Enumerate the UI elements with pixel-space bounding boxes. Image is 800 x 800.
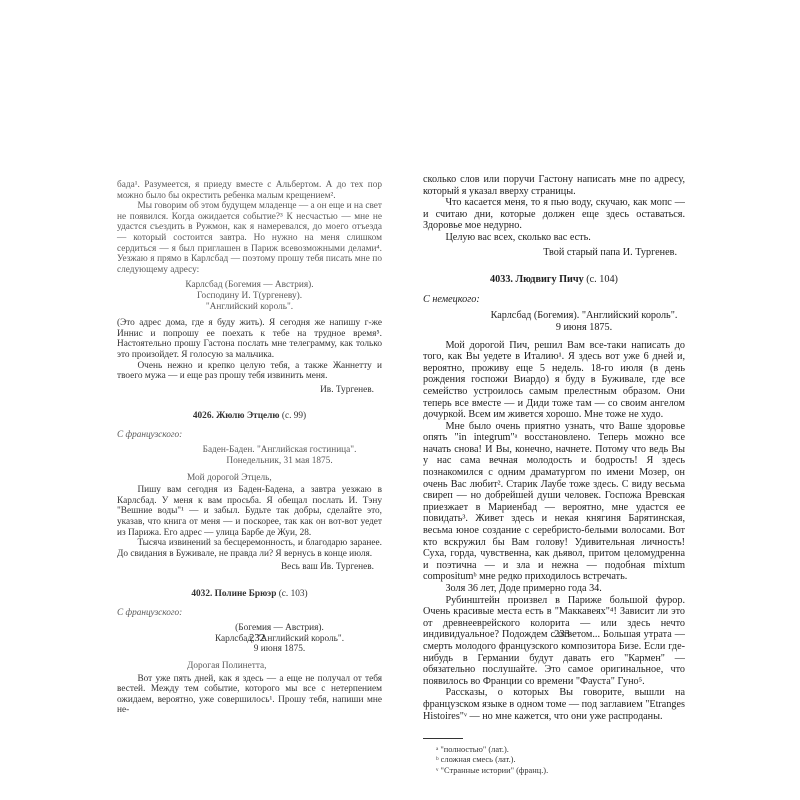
paragraph: Что касается меня, то я пью воду, скучаю… — [423, 197, 685, 232]
translated-from: С немецкого: — [423, 294, 685, 306]
salutation: Дорогая Полинетта, — [117, 661, 382, 672]
book-spread: бада¹. Разумеется, я приеду вместе с Аль… — [0, 0, 800, 800]
page-number-left: 232 — [237, 633, 277, 644]
page-number-right: 233 — [542, 629, 582, 640]
date-line: Понедельник, 31 мая 1875. — [177, 456, 382, 467]
place-line: Карлсбад, "Английский король". — [177, 634, 382, 645]
address-line: Карлсбад (Богемия — Австрия). — [117, 280, 382, 291]
translated-from: С французского: — [117, 430, 382, 441]
paragraph: бада¹. Разумеется, я приеду вместе с Аль… — [117, 180, 382, 201]
date-line: 9 июня 1875. — [177, 644, 382, 655]
paragraph: Вот уже пять дней, как я здесь — а еще н… — [117, 674, 382, 716]
letter-title: 4032. Полине Брюэр — [191, 589, 276, 599]
footnotes: ᵃ "полностью" (лат.). ᵇ сложная смесь (л… — [423, 745, 685, 776]
place-line: (Богемия — Австрия). — [177, 623, 382, 634]
paragraph: Мой дорогой Пич, решил Вам все-таки напи… — [423, 340, 685, 421]
paragraph: Тысяча извинений за бесцеремонность, и б… — [117, 538, 382, 559]
place-date: Карлсбад (Богемия). "Английский король".… — [423, 310, 685, 333]
signature: Весь ваш Ив. Тургенев. — [117, 562, 374, 573]
footnote: ᵃ "полностью" (лат.). — [436, 745, 685, 755]
paragraph: Мне было очень приятно узнать, что Ваше … — [423, 421, 685, 583]
paragraph: Целую вас всех, сколько вас есть. — [423, 232, 685, 244]
address-line: Господину И. Т(ургеневу). — [117, 291, 382, 302]
address-line: "Английский король". — [117, 302, 382, 313]
translated-from: С французского: — [117, 608, 382, 619]
place-line: Карлсбад (Богемия). "Английский король". — [483, 310, 685, 322]
paragraph: Пишу вам сегодня из Баден-Бадена, а завт… — [117, 485, 382, 538]
paragraph: Рубинштейн произвел в Париже большой фур… — [423, 595, 685, 688]
signature: Твой старый папа И. Тургенев. — [423, 247, 677, 259]
letter-heading: 4026. Жюлю Этцелю (с. 99) — [117, 411, 382, 422]
paragraph: Мы говорим об этом будущем младенце — а … — [117, 201, 382, 275]
paragraph: Золя 36 лет, Доде примерно года 34. — [423, 583, 685, 595]
page-reference: (с. 104) — [586, 274, 618, 285]
paragraph: сколько слов или поручи Гастону написать… — [423, 174, 685, 197]
letter-heading: 4032. Полине Брюэр (с. 103) — [117, 589, 382, 600]
page-reference: (с. 99) — [282, 411, 306, 421]
place-line: Баден-Баден. "Английская гостиница". — [177, 445, 382, 456]
letter-heading: 4033. Людвигу Пичу (с. 104) — [423, 274, 685, 286]
paragraph: (Это адрес дома, где я буду жить). Я сег… — [117, 318, 382, 360]
paragraph: Рассказы, о которых Вы говорите, вышли н… — [423, 687, 685, 722]
signature: Ив. Тургенев. — [117, 385, 374, 396]
footnote: ᵛ "Странные истории" (франц.). — [436, 766, 685, 776]
place-date: Баден-Баден. "Английская гостиница". Пон… — [117, 445, 382, 466]
address-block: Карлсбад (Богемия — Австрия). Господину … — [117, 280, 382, 312]
date-line: 9 июня 1875. — [483, 322, 685, 334]
footnote: ᵇ сложная смесь (лат.). — [436, 755, 685, 765]
salutation: Мой дорогой Этцель, — [117, 473, 382, 484]
letter-title: 4033. Людвигу Пичу — [490, 274, 584, 285]
right-page: сколько слов или поручи Гастону написать… — [423, 174, 685, 776]
letter-title: 4026. Жюлю Этцелю — [193, 411, 280, 421]
paragraph: Очень нежно и крепко целую тебя, а также… — [117, 361, 382, 382]
footnote-divider — [423, 738, 463, 739]
page-reference: (с. 103) — [279, 589, 308, 599]
